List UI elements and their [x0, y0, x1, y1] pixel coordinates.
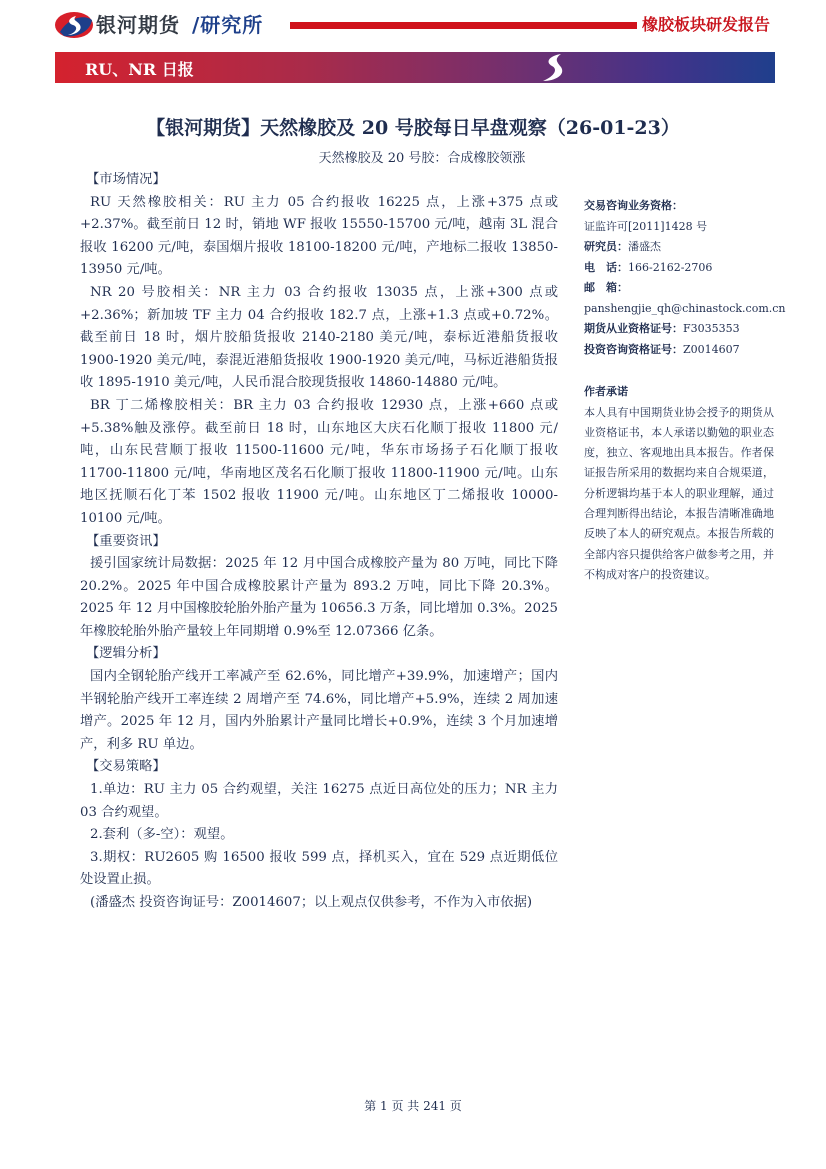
- section-heading-news: 【重要资讯】: [80, 531, 558, 554]
- analyst-sidebar: 交易咨询业务资格： 证监许可[2011]1428 号 研究员：潘盛杰 电 话：1…: [584, 196, 774, 585]
- qualification-value: 证监许可[2011]1428 号: [584, 217, 774, 238]
- paragraph-analysis: 国内全钢轮胎产线开工率减产至 62.6%，同比增产+39.9%，加速增产；国内半…: [80, 666, 558, 756]
- futures-cert-value: F3035353: [683, 322, 740, 335]
- galaxy-futures-logo-icon: [54, 10, 94, 40]
- email-label: 邮 箱：: [584, 278, 774, 299]
- document-title: 【银河期货】天然橡胶及 20 号胶每日早盘观察（26-01-23）: [0, 113, 826, 140]
- author-promise-heading: 作者承诺: [584, 382, 774, 403]
- section-heading-analysis: 【逻辑分析】: [80, 643, 558, 666]
- paragraph-news: 援引国家统计局数据：2025 年 12 月中国合成橡胶产量为 80 万吨，同比下…: [80, 553, 558, 643]
- report-banner: RU、NR 日报: [55, 52, 775, 83]
- advisory-cert-label: 投资咨询资格证号：: [584, 343, 683, 356]
- strategy-arbitrage: 2.套利（多-空）：观望。: [80, 824, 558, 847]
- banner-label: RU、NR 日报: [85, 57, 194, 80]
- brand-company: 银河期货: [96, 13, 180, 37]
- phone-label: 电 话：: [584, 261, 628, 274]
- researcher-label: 研究员：: [584, 240, 628, 253]
- paragraph-nr: NR 20 号胶相关：NR 主力 03 合约报收 13035 点，上涨+300 …: [80, 282, 558, 395]
- document-subtitle: 天然橡胶及 20 号胶：合成橡胶领涨: [0, 147, 826, 166]
- paragraph-ru: RU 天然橡胶相关：RU 主力 05 合约报收 16225 点，上涨+375 点…: [80, 192, 558, 282]
- strategy-disclaimer: (潘盛杰 投资咨询证号：Z0014607；以上观点仅供参考，不作为入市依据): [80, 892, 558, 915]
- futures-cert-label: 期货从业资格证号：: [584, 322, 683, 335]
- header-red-rule: [290, 22, 637, 29]
- phone-value: 166-2162-2706: [628, 261, 712, 274]
- author-promise-text: 本人具有中国期货业协会授予的期货从业资格证书，本人承诺以勤勉的职业态度，独立、客…: [584, 403, 774, 586]
- advisory-cert-value: Z0014607: [683, 343, 740, 356]
- qualification-label: 交易咨询业务资格：: [584, 196, 774, 217]
- page-number: 第 1 页 共 241 页: [0, 1097, 826, 1114]
- paragraph-br: BR 丁二烯橡胶相关：BR 主力 03 合约报收 12930 点，上涨+660 …: [80, 395, 558, 531]
- strategy-single-side: 1.单边：RU 主力 05 合约观望，关注 16275 点近日高位处的压力；NR…: [80, 779, 558, 824]
- section-heading-strategy: 【交易策略】: [80, 756, 558, 779]
- section-heading-market: 【市场情况】: [80, 169, 558, 192]
- researcher-name: 潘盛杰: [628, 240, 661, 253]
- swoosh-s-icon: [535, 52, 575, 83]
- brand-institute: 研究所: [200, 13, 263, 37]
- brand-name: 银河期货 /研究所: [96, 9, 263, 38]
- strategy-options: 3.期权：RU2605 购 16500 报收 599 点，择机买入，宜在 529…: [80, 847, 558, 892]
- report-series-title: 橡胶板块研发报告: [642, 12, 770, 35]
- email-link[interactable]: panshengjie_qh@chinastock.com.cn: [584, 299, 774, 320]
- report-body: 【市场情况】 RU 天然橡胶相关：RU 主力 05 合约报收 16225 点，上…: [80, 169, 558, 915]
